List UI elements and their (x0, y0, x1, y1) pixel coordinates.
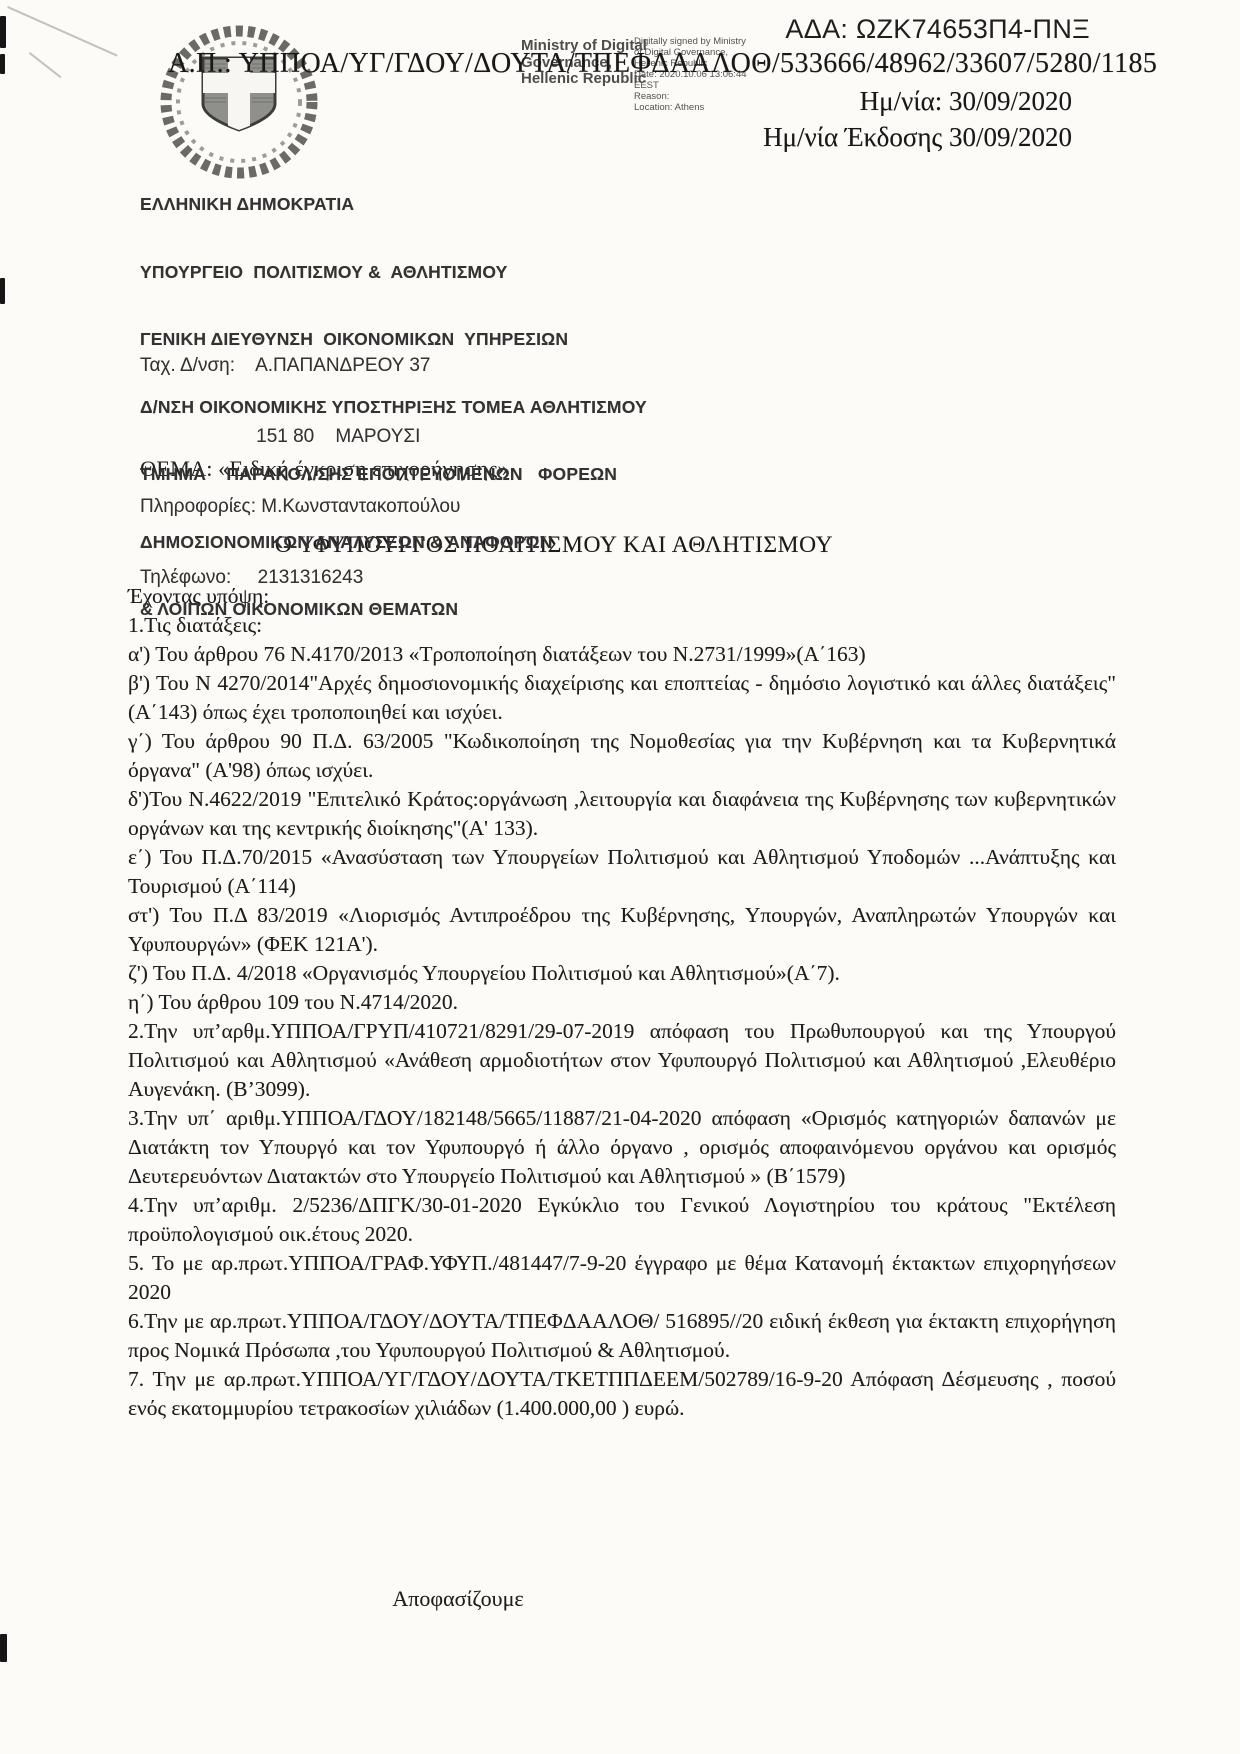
body-paragraph: ζ') Του Π.Δ. 4/2018 «Οργανισμός Υπουργεί… (128, 959, 1116, 988)
letterhead-line: & ΛΟΙΠΩΝ ΟΙΚΟΝΟΜΙΚΩΝ ΘΕΜΑΤΩΝ (140, 598, 647, 621)
letterhead-line: Δ/ΝΣΗ ΟΙΚΟΝΟΜΙΚΗΣ ΥΠΟΣΤΗΡΙΞΗΣ ΤΟΜΕΑ ΑΘΛΗ… (140, 396, 647, 419)
scan-artifact (0, 16, 6, 48)
scan-artifact (0, 54, 5, 74)
body-paragraph: στ') Του Π.Δ 83/2019 «Λιορισμός Αντιπροέ… (128, 901, 1116, 959)
document-date: Ημ/νία: 30/09/2020 (860, 86, 1072, 117)
body-paragraph: 6.Την με αρ.πρωτ.ΥΠΠΟΑ/ΓΔΟΥ/ΔΟΥΤΑ/ΤΠΕΦΔΑ… (128, 1307, 1116, 1365)
stamp-detail-line: Reason: (634, 91, 747, 102)
stamp-detail-line: Digitally signed by Ministry (634, 36, 747, 47)
scan-crease (29, 52, 61, 78)
body-paragraph: 3.Την υπ΄ αριθμ.ΥΠΠΟΑ/ΓΔΟΥ/182148/5665/1… (128, 1104, 1116, 1191)
letterhead-line: ΓΕΝΙΚΗ ΔΙΕΥΘΥΝΣΗ ΟΙΚΟΝΟΜΙΚΩΝ ΥΠΗΡΕΣΙΩΝ (140, 328, 647, 351)
issue-date: Ημ/νία Έκδοσης 30/09/2020 (763, 122, 1072, 153)
letterhead-line: ΕΛΛΗΝΙΚΗ ΔΗΜΟΚΡΑΤΙΑ (140, 193, 647, 216)
letterhead-line: ΔΗΜΟΣΙΟΝΟΜΙΚΩΝ ΑΝΑΛΥΣΕΩΝ & ΑΝΑΦΟΡΩΝ (140, 531, 647, 554)
body-paragraph: δ')Του Ν.4622/2019 "Επιτελικό Κράτος:οργ… (128, 785, 1116, 843)
scan-artifact (0, 1634, 7, 1662)
protocol-number: Α.Π.: ΥΠΠΟΑ/ΥΓ/ΓΔΟΥ/ΔΟΥΤΑ/ΤΠΕΦΔΑΑΛΟΘ/533… (168, 48, 1157, 80)
letterhead-line: ΥΠΟΥΡΓΕΙΟ ΠΟΛΙΤΙΣΜΟΥ & ΑΘΛΗΤΙΣΜΟΥ (140, 261, 647, 284)
ada-number: ΑΔΑ: ΩΖΚ74653Π4-ΠΝΞ (785, 14, 1090, 45)
body-paragraph: 2.Την υπ’αρθμ.ΥΠΠΟΑ/ΓΡΥΠ/410721/8291/29-… (128, 1017, 1116, 1104)
document-body: Έχοντας υπόψη: 1.Τις διατάξεις: α') Του … (128, 582, 1116, 1423)
body-paragraph: 4.Την υπ’αριθμ. 2/5236/ΔΠΓΚ/30-01-2020 Ε… (128, 1191, 1116, 1249)
scan-artifact (0, 278, 5, 304)
letterhead: ΕΛΛΗΝΙΚΗ ΔΗΜΟΚΡΑΤΙΑ ΥΠΟΥΡΓΕΙΟ ΠΟΛΙΤΙΣΜΟΥ… (140, 148, 647, 666)
stamp-detail-line: EEST (634, 80, 747, 91)
body-paragraph: 5. Το με αρ.πρωτ.ΥΠΠΟΑ/ΓΡΑΦ.ΥΦΥΠ./481447… (128, 1249, 1116, 1307)
letterhead-line: ΤΜΗΜΑ ΠΑΡΑΚΟΛ/ΣΗΣ ΕΠΟΠΤΕΥΟΜΕΝΩΝ ΦΟΡΕΩΝ (140, 463, 647, 486)
body-paragraph: γ΄) Του άρθρου 90 Π.Δ. 63/2005 "Κωδικοπο… (128, 727, 1116, 785)
body-paragraph: ε΄) Του Π.Δ.70/2015 «Ανασύσταση των Υπου… (128, 843, 1116, 901)
scan-crease (7, 6, 117, 56)
body-paragraph: 7. Την με αρ.πρωτ.ΥΠΠΟΑ/ΥΓ/ΓΔΟΥ/ΔΟΥΤΑ/ΤΚ… (128, 1365, 1116, 1423)
body-paragraph: η΄) Του άρθρου 109 του Ν.4714/2020. (128, 988, 1116, 1017)
scanned-document-page: ΑΔΑ: ΩΖΚ74653Π4-ΠΝΞ Ministry of Digital … (0, 0, 1240, 1754)
body-paragraph: β') Του Ν 4270/2014"Αρχές δημοσιονομικής… (128, 669, 1116, 727)
decision-heading: Αποφασίζουμε (128, 1586, 788, 1612)
stamp-detail-line: Location: Athens (634, 102, 747, 113)
